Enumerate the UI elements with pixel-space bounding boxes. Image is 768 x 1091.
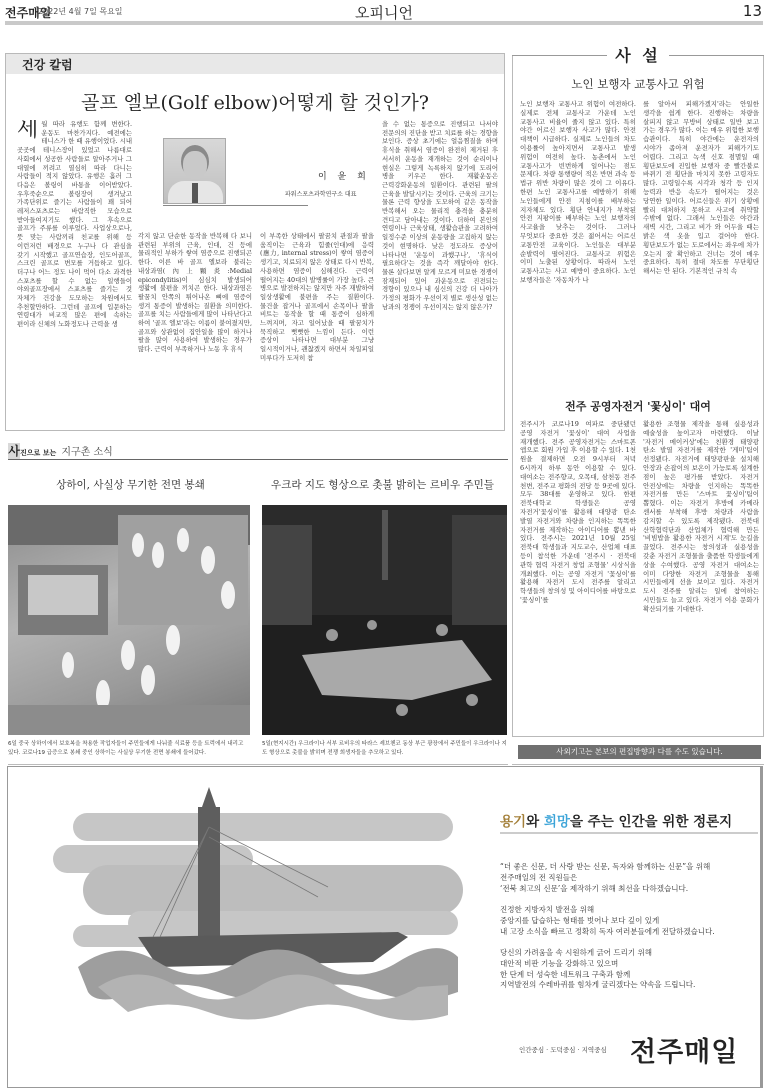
column-text-col1: 세월 따라 유행도 함께 변한다. 운동도 마찬가지다. 예전에는 테니스가 한… [17, 120, 132, 425]
photo-news-header: 사진으로 보는 지구촌 소식 [8, 440, 508, 460]
column-header: 건강 칼럼 [6, 54, 504, 74]
author-affiliation: 파워스포츠과학연구소 대표 [285, 189, 356, 198]
author-name: 이 윤 희 [318, 169, 370, 182]
photo-caption-2: 5일(현지시간) 우크라이나 서부 르비우의 타라스 셰브첸코 동상 부근 광장… [262, 740, 507, 758]
author-divider [163, 205, 308, 206]
photo-title-1: 상하이, 사실상 무기한 전면 봉쇄 [8, 477, 253, 492]
ad-slogan-rule [500, 832, 758, 834]
disclaimer-banner: 사외기고는 본보의 편집방향과 다를 수도 있습니다. [518, 745, 761, 759]
column-text-col4: 을 수 없는 통증으로 진행되고 나서야 전문의의 진단을 받고 치료를 하는 … [382, 120, 498, 425]
shanghai-photo [8, 505, 250, 735]
ad-paragraph-3: 당신의 가려움을 속 시원하게 긁어 드리기 위해 대안적 비판 기능을 강화하… [500, 948, 695, 991]
ad-motto: 인간중심 · 도덕중심 · 지역중심 [519, 1045, 607, 1054]
masthead-rule [5, 21, 763, 25]
ad-slogan: 용기와 희망을 주는 인간을 위한 정론지 [500, 810, 732, 830]
editorial-1-col2: 를 알아서 피해가겠지'라는 안일한 생각을 쉽게 한다. 진행하는 차량을 살… [643, 100, 759, 390]
ad-paragraph-2: 진정한 지방자치 발전을 위해 중앙지를 답습하는 형태를 벗어나 보다 깊이 … [500, 905, 715, 937]
editorial-1-col1: 노인 보행자 교통사고 위험이 여전하다. 실제로 전체 교통사고 가운데 노인… [520, 100, 636, 390]
editorial-header: 사 설 [512, 43, 764, 63]
editorial-2-col2: 활용한 조형물 제작을 통해 실용성과 예술성을 높이고자 마련했다. 이날 '… [643, 420, 759, 732]
page-number: 13 [743, 2, 762, 20]
column-title: 골프 엘보(Golf elbow)어떻게 할 것인가? [6, 88, 504, 115]
drop-cap: 세 [17, 120, 38, 140]
editorial-2-col1: 전주시가 코로나19 여파로 중단됐던 공영 자전거 '꽃싱이' 대여 사업을 … [520, 420, 636, 732]
ad-brand-logo: 전주매일 [630, 1030, 738, 1069]
editorial-title-1: 노인 보행자 교통사고 위험 [512, 76, 764, 92]
author-photo [163, 138, 226, 204]
photo-title-2: 우크라 지도 형상으로 촛불 밝히는 르비우 주민들 [255, 477, 510, 492]
editorial-title-2: 전주 공영자전거 '꽃싱이' 대여 [512, 398, 764, 414]
ship-illustration [28, 787, 488, 1067]
lviv-photo [262, 505, 507, 735]
section-divider-right [512, 764, 764, 765]
column-text-col2: 각지 않고 단순한 동작을 반복해 다 보니 관련된 부위의 근육, 인대, 건… [138, 232, 252, 425]
column-text-col3: 이 부족한 상태에서 팔꿈치 관절과 팔을 움직이는 근육과 힘줄(인대)에 응… [260, 232, 374, 425]
photo-caption-1: 6일 중국 상하이에서 보호복을 착용한 작업자들이 주민들에게 나눠줄 식료품… [8, 740, 250, 758]
section-title: 오피니언 [0, 2, 768, 23]
section-divider [8, 764, 508, 765]
ad-paragraph-1: “더 좋은 신문, 더 사랑 받는 신문, 독자와 함께하는 신문”을 위해 전… [500, 862, 710, 894]
